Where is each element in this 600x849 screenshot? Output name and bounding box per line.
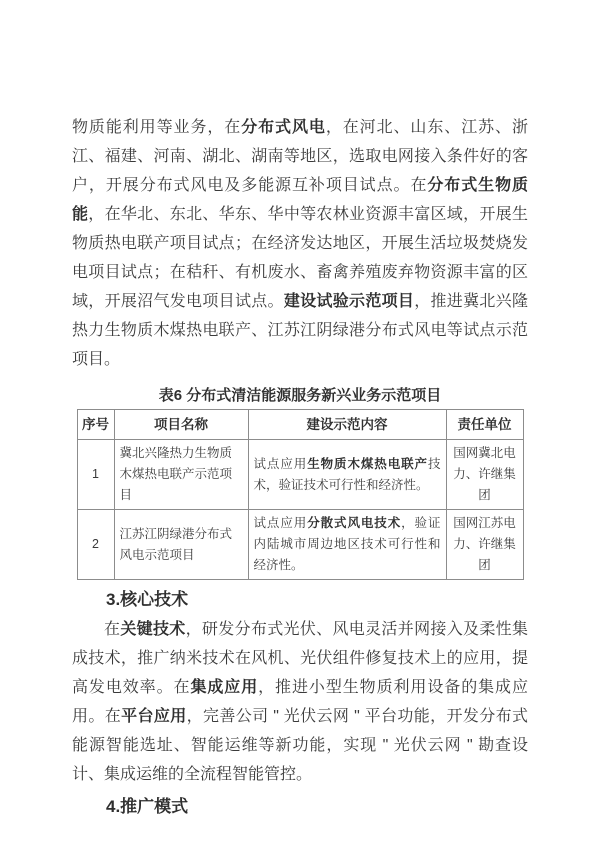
demo-content: 试点应用生物质木煤热电联产技术，验证技术可行性和经济性。 <box>248 440 446 510</box>
responsible-unit: 国网江苏电力、许继集团 <box>446 510 523 580</box>
responsible-unit: 国网冀北电力、许继集团 <box>446 440 523 510</box>
col-header-demo-content: 建设示范内容 <box>248 410 446 440</box>
demo-projects-table: 序号 项目名称 建设示范内容 责任单位 1 冀北兴隆热力生物质木煤热电联产示范项… <box>77 409 524 580</box>
col-header-index: 序号 <box>77 410 114 440</box>
table-row: 2 江苏江阴绿港分布式风电示范项目 试点应用分散式风电技术，验证内陆城市周边地区… <box>77 510 523 580</box>
col-header-responsible-unit: 责任单位 <box>446 410 523 440</box>
col-header-project-name: 项目名称 <box>114 410 248 440</box>
demo-content: 试点应用分散式风电技术，验证内陆城市周边地区技术可行性和经济性。 <box>248 510 446 580</box>
section-heading-promotion-model: 4.推广模式 <box>72 794 528 819</box>
row-index: 1 <box>77 440 114 510</box>
paragraph-core-technology: 在关键技术，研发分布式光伏、风电灵活并网接入及柔性集成技术，推广纳米技术在风机、… <box>72 615 528 789</box>
table-row: 1 冀北兴隆热力生物质木煤热电联产示范项目 试点应用生物质木煤热电联产技术，验证… <box>77 440 523 510</box>
section-heading-core-technology: 3.核心技术 <box>72 587 528 612</box>
row-index: 2 <box>77 510 114 580</box>
document-page: 物质能利用等业务，在分布式风电，在河北、山东、江苏、浙江、福建、河南、湖北、湖南… <box>0 0 600 849</box>
paragraph-distributed-energy: 物质能利用等业务，在分布式风电，在河北、山东、江苏、浙江、福建、河南、湖北、湖南… <box>72 113 528 374</box>
table-header-row: 序号 项目名称 建设示范内容 责任单位 <box>77 410 523 440</box>
project-name: 江苏江阴绿港分布式风电示范项目 <box>114 510 248 580</box>
project-name: 冀北兴隆热力生物质木煤热电联产示范项目 <box>114 440 248 510</box>
table-caption: 表6 分布式清洁能源服务新兴业务示范项目 <box>72 385 528 407</box>
